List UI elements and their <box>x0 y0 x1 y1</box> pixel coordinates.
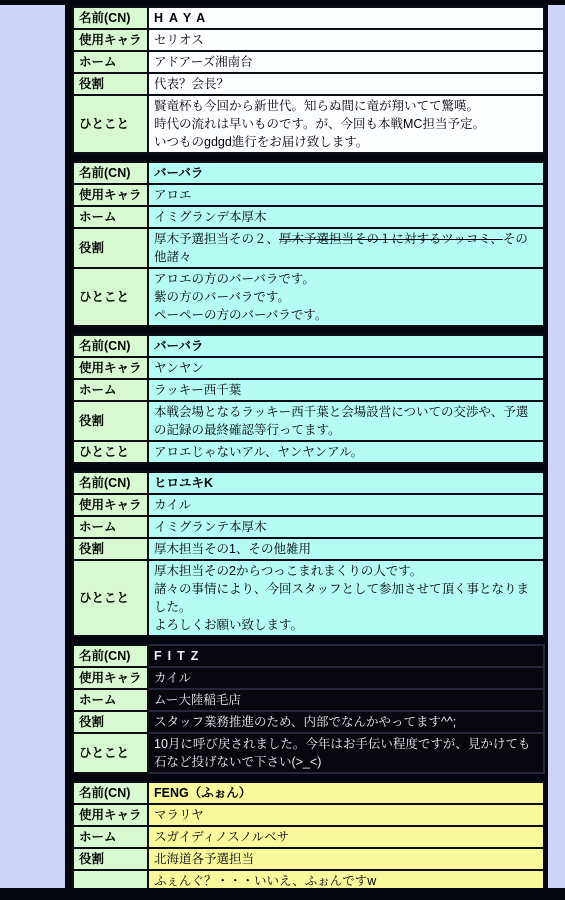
table-row-home: ホーム イミグランテ本厚木 <box>73 516 544 538</box>
field-label-comment: ひとこと <box>73 95 148 153</box>
table-row-home: ホーム イミグランデ本厚木 <box>73 206 544 228</box>
field-label-name: 名前(CN) <box>73 7 148 29</box>
table-row-character: 使用キャラ アロエ <box>73 184 544 206</box>
staff-list-frame: 名前(CN) HAYA 使用キャラ セリオス ホーム アドアーズ湘南台 役割 代… <box>65 0 548 900</box>
field-label-character: 使用キャラ <box>73 29 148 51</box>
field-label-comment: ひとこと <box>73 441 148 463</box>
field-label-home: ホーム <box>73 689 148 711</box>
field-value-character: カイル <box>148 494 544 516</box>
field-value-role: 厚木担当その1、その他雑用 <box>148 538 544 560</box>
field-label-role: 役割 <box>73 401 148 441</box>
table-row-comment: ひとこと アロエの方のバーバラです。 紫の方のバーバラです。 ペーペーの方のバー… <box>73 268 544 326</box>
field-label-name: 名前(CN) <box>73 472 148 494</box>
table-row-character: 使用キャラ マラリヤ <box>73 804 544 826</box>
field-value-name: バーバラ <box>148 162 544 184</box>
table-row-role: 役割 厚木予選担当その２、厚木予選担当その１に対するツッコミ、その他諸々 <box>73 228 544 268</box>
table-row-home: ホーム ムー大陸稲毛店 <box>73 689 544 711</box>
field-value-home: イミグランテ本厚木 <box>148 516 544 538</box>
field-label-role: 役割 <box>73 73 148 95</box>
table-row-role: 役割 厚木担当その1、その他雑用 <box>73 538 544 560</box>
field-label-character: 使用キャラ <box>73 184 148 206</box>
table-row-name: 名前(CN) FENG（ふぉん） <box>73 782 544 804</box>
field-value-home: スガイディノスノルベサ <box>148 826 544 848</box>
table-row-home: ホーム スガイディノスノルベサ <box>73 826 544 848</box>
field-value-home: イミグランデ本厚木 <box>148 206 544 228</box>
field-value-character: セリオス <box>148 29 544 51</box>
table-row-name: 名前(CN) バーバラ <box>73 335 544 357</box>
staff-profile-table-barbara-yangyang: 名前(CN) バーバラ 使用キャラ ヤンヤン ホーム ラッキー西千葉 役割 本戦… <box>72 334 545 464</box>
field-label-character: 使用キャラ <box>73 357 148 379</box>
table-row-character: 使用キャラ カイル <box>73 667 544 689</box>
table-row-home: ホーム ラッキー西千葉 <box>73 379 544 401</box>
field-value-character: カイル <box>148 667 544 689</box>
field-label-name: 名前(CN) <box>73 162 148 184</box>
table-row-character: 使用キャラ ヤンヤン <box>73 357 544 379</box>
field-label-name: 名前(CN) <box>73 645 148 667</box>
table-row-comment: ひとこと 厚木担当その2からつっこまれまくりの人です。 諸々の事情により、今回ス… <box>73 560 544 636</box>
field-label-comment: ひとこと <box>73 733 148 773</box>
role-text-before: 厚木予選担当その２、 <box>154 232 279 246</box>
field-label-home: ホーム <box>73 379 148 401</box>
field-value-name: FENG（ふぉん） <box>148 782 544 804</box>
staff-profile-table-feng: 名前(CN) FENG（ふぉん） 使用キャラ マラリヤ ホーム スガイディノスノ… <box>72 781 545 893</box>
field-label-role: 役割 <box>73 711 148 733</box>
field-label-home: ホーム <box>73 206 148 228</box>
table-row-comment: ひとこと 10月に呼び戻されました。今年はお手伝い程度ですが、見かけても石など投… <box>73 733 544 773</box>
staff-profile-table-fitz: 名前(CN) FITZ 使用キャラ カイル ホーム ムー大陸稲毛店 役割 スタッ… <box>72 644 545 774</box>
table-row-role: 役割 スタッフ業務推進のため、内部でなんかやってます^^; <box>73 711 544 733</box>
staff-profile-table-hiroyukik: 名前(CN) ヒロユキK 使用キャラ カイル ホーム イミグランテ本厚木 役割 … <box>72 471 545 637</box>
field-label-character: 使用キャラ <box>73 667 148 689</box>
table-row-character: 使用キャラ カイル <box>73 494 544 516</box>
field-label-character: 使用キャラ <box>73 804 148 826</box>
field-value-name: HAYA <box>148 7 544 29</box>
field-value-name: ヒロユキK <box>148 472 544 494</box>
role-text-struck: 厚木予選担当その１に対するツッコミ、 <box>279 232 503 246</box>
field-value-home: ムー大陸稲毛店 <box>148 689 544 711</box>
field-value-comment: 厚木担当その2からつっこまれまくりの人です。 諸々の事情により、今回スタッフとし… <box>148 560 544 636</box>
field-label-home: ホーム <box>73 51 148 73</box>
table-row-role: 役割 本戦会場となるラッキー西千葉と会場設営についての交渉や、予選の記録の最終確… <box>73 401 544 441</box>
staff-profile-table-barbara-aloe: 名前(CN) バーバラ 使用キャラ アロエ ホーム イミグランデ本厚木 役割 厚… <box>72 161 545 327</box>
field-value-name: バーバラ <box>148 335 544 357</box>
field-label-role: 役割 <box>73 848 148 870</box>
bottom-border-bar <box>0 888 565 900</box>
field-label-comment: ひとこと <box>73 268 148 326</box>
table-row-home: ホーム アドアーズ湘南台 <box>73 51 544 73</box>
table-row-comment: ひとこと アロエじゃないアル、ヤンヤンアル。 <box>73 441 544 463</box>
table-row-name: 名前(CN) ヒロユキK <box>73 472 544 494</box>
field-label-comment: ひとこと <box>73 560 148 636</box>
field-value-character: ヤンヤン <box>148 357 544 379</box>
table-row-name: 名前(CN) FITZ <box>73 645 544 667</box>
field-value-role: 代表？会長？ <box>148 73 544 95</box>
field-label-character: 使用キャラ <box>73 494 148 516</box>
field-value-role: 北海道各予選担当 <box>148 848 544 870</box>
field-label-role: 役割 <box>73 228 148 268</box>
field-value-home: アドアーズ湘南台 <box>148 51 544 73</box>
field-value-comment: アロエじゃないアル、ヤンヤンアル。 <box>148 441 544 463</box>
field-value-role: スタッフ業務推進のため、内部でなんかやってます^^; <box>148 711 544 733</box>
table-row-comment: ひとこと 賢竜杯も今回から新世代。知らぬ間に竜が翔いてて驚嘆。 時代の流れは早い… <box>73 95 544 153</box>
table-row-role: 役割 代表？会長？ <box>73 73 544 95</box>
field-label-name: 名前(CN) <box>73 782 148 804</box>
table-row-role: 役割 北海道各予選担当 <box>73 848 544 870</box>
table-row-character: 使用キャラ セリオス <box>73 29 544 51</box>
field-value-name: FITZ <box>148 645 544 667</box>
field-value-comment: 賢竜杯も今回から新世代。知らぬ間に竜が翔いてて驚嘆。 時代の流れは早いものです。… <box>148 95 544 153</box>
field-value-comment: 10月に呼び戻されました。今年はお手伝い程度ですが、見かけても石など投げないで下… <box>148 733 544 773</box>
field-value-comment: アロエの方のバーバラです。 紫の方のバーバラです。 ペーペーの方のバーバラです。 <box>148 268 544 326</box>
table-row-name: 名前(CN) バーバラ <box>73 162 544 184</box>
table-row-name: 名前(CN) HAYA <box>73 7 544 29</box>
field-value-role: 本戦会場となるラッキー西千葉と会場設営についての交渉や、予選の記録の最終確認等行… <box>148 401 544 441</box>
field-label-role: 役割 <box>73 538 148 560</box>
field-value-character: マラリヤ <box>148 804 544 826</box>
field-value-character: アロエ <box>148 184 544 206</box>
field-label-home: ホーム <box>73 516 148 538</box>
field-value-home: ラッキー西千葉 <box>148 379 544 401</box>
top-border-bar <box>0 0 565 5</box>
field-label-name: 名前(CN) <box>73 335 148 357</box>
staff-profile-table-haya: 名前(CN) HAYA 使用キャラ セリオス ホーム アドアーズ湘南台 役割 代… <box>72 6 545 154</box>
field-label-home: ホーム <box>73 826 148 848</box>
field-value-role: 厚木予選担当その２、厚木予選担当その１に対するツッコミ、その他諸々 <box>148 228 544 268</box>
